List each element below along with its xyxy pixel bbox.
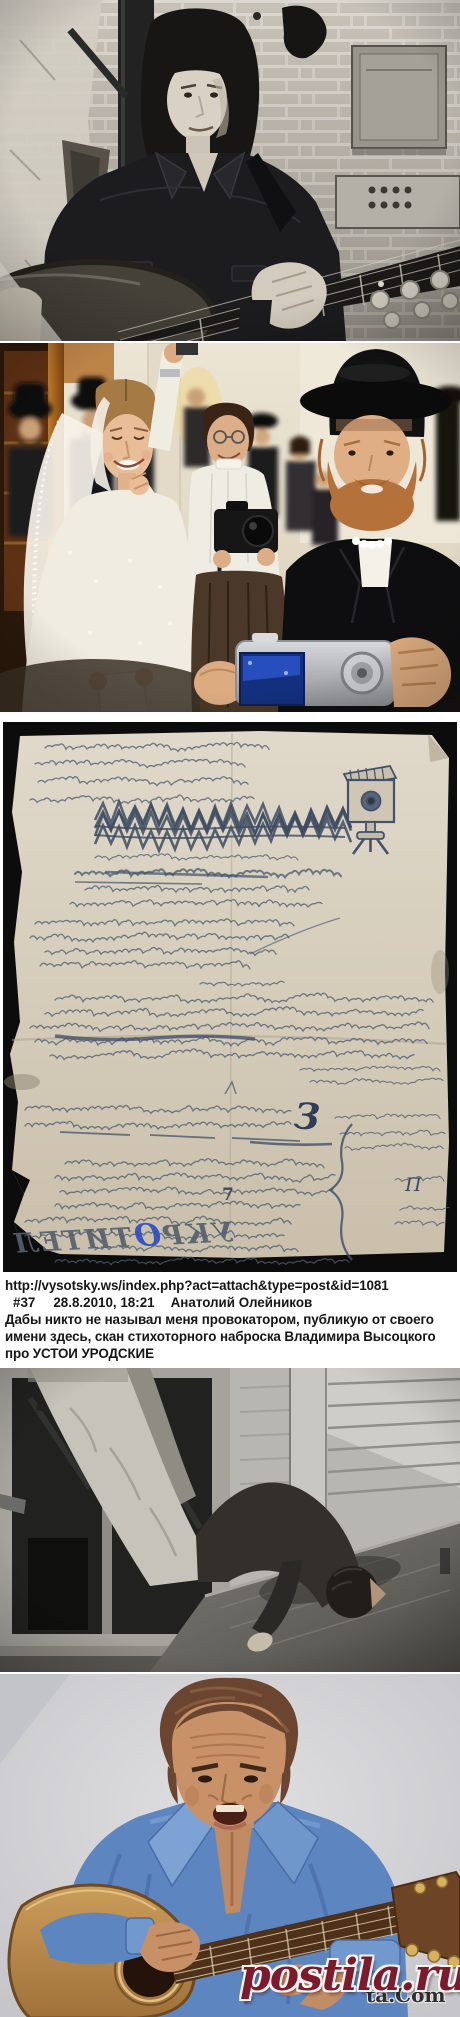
source-url: http://vysotsky.ws/index.php?act=attach&…: [0, 1277, 460, 1294]
post-author: Анатолий Олейников: [171, 1295, 313, 1310]
mirror-word-blue-letter: О: [131, 1217, 162, 1254]
attribution-text: http://vysotsky.ws/index.php?act=attach&…: [0, 1277, 460, 1365]
post-datetime: 28.8.2010, 18:21: [53, 1295, 154, 1310]
photo-acrobatics-bw: [0, 1368, 460, 1672]
photo-vysotsky-guitar-color: ta.Com postila.ru: [0, 1674, 460, 2017]
photo-vysotsky-guitar-bw: [0, 0, 460, 341]
photo-wedding-art: [0, 343, 460, 712]
annotation-big-z: З: [293, 1095, 321, 1138]
mirror-word-start: УКР: [160, 1217, 234, 1252]
manuscript-scan: З 7 П УКРОТИТЕЛ: [0, 722, 460, 1272]
annotation-seven: 7: [222, 1185, 234, 1205]
photo-wedding: [0, 343, 460, 712]
photo-acrobatics-art: [0, 1368, 460, 1672]
post-number: #37: [13, 1295, 35, 1310]
postila-watermark: postila.ru: [240, 1950, 460, 2001]
photo-collage: З 7 П УКРОТИТЕЛ http://vysotsky.ws/index…: [0, 0, 460, 2017]
mirror-word-end: ТИТЕЛ: [11, 1223, 133, 1260]
post-meta: #3728.8.2010, 18:21Анатолий Олейников: [0, 1294, 460, 1311]
annotation-letter-p: П: [405, 1174, 422, 1196]
post-body-text: Дабы никто не называл меня провокатором,…: [0, 1311, 455, 1362]
photo-vysotsky-guitar-bw-art: [0, 0, 460, 341]
